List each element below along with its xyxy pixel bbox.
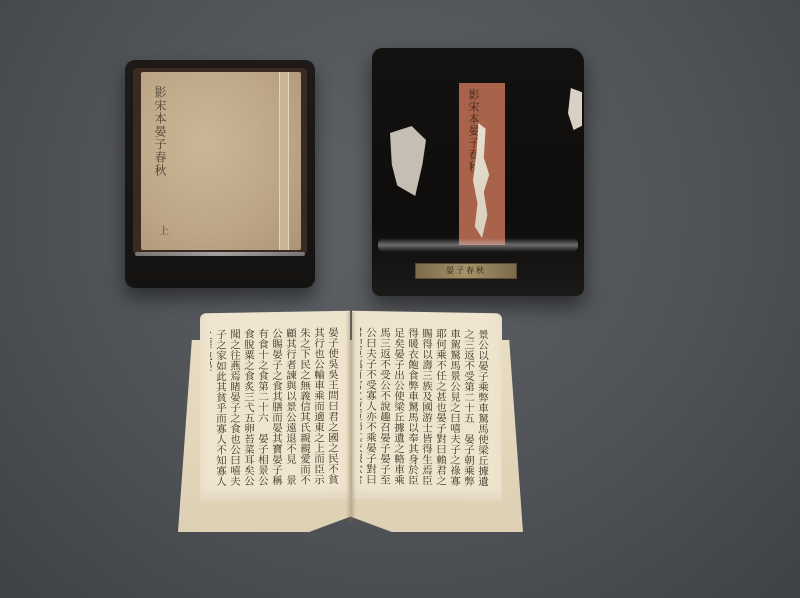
brass-plaque: 晏子春秋 [415,263,517,279]
volume-mark: 上 [159,222,169,237]
book-cover-title: 影宋本晏子春秋 [155,86,169,177]
worn-paper-patch [390,126,426,196]
box-title-label: 影宋本晏子春秋 [459,83,505,245]
left-page: 晏子使吳吳王問曰君之國之民不貧其行也公輸車乘而適東之上而臣示朱之下民之無義信其氏… [200,311,350,502]
bound-book-cover: 影宋本晏子春秋 上 [141,72,301,250]
left-page-text: 晏子使吳吳王問曰君之國之民不貧其行也公輸車乘而適東之上而臣示朱之下民之無義信其氏… [210,327,340,489]
lacquer-sheen [378,238,578,252]
open-book: 晏子使吳吳王問曰君之國之民不貧其行也公輸車乘而適東之上而臣示朱之下民之無義信其氏… [178,312,523,537]
book-gutter [346,312,356,522]
box-rim-highlight [135,252,305,256]
open-lacquer-box: 影宋本晏子春秋 上 [125,60,315,288]
box-interior: 影宋本晏子春秋 上 [133,68,307,254]
thread-binding [279,72,289,250]
right-page: 景公以晏子乘弊車駑馬使梁丘據遺之三返不受第二十五 晏子朝乘弊車駕駑馬景公見之曰嘻… [352,311,502,502]
worn-paper-patch [568,88,582,130]
closed-lacquer-box: 影宋本晏子春秋 晏子春秋 [372,48,584,296]
right-page-text: 景公以晏子乘弊車駑馬使梁丘據遺之三返不受第二十五 晏子朝乘弊車駕駑馬景公見之曰嘻… [360,327,490,489]
